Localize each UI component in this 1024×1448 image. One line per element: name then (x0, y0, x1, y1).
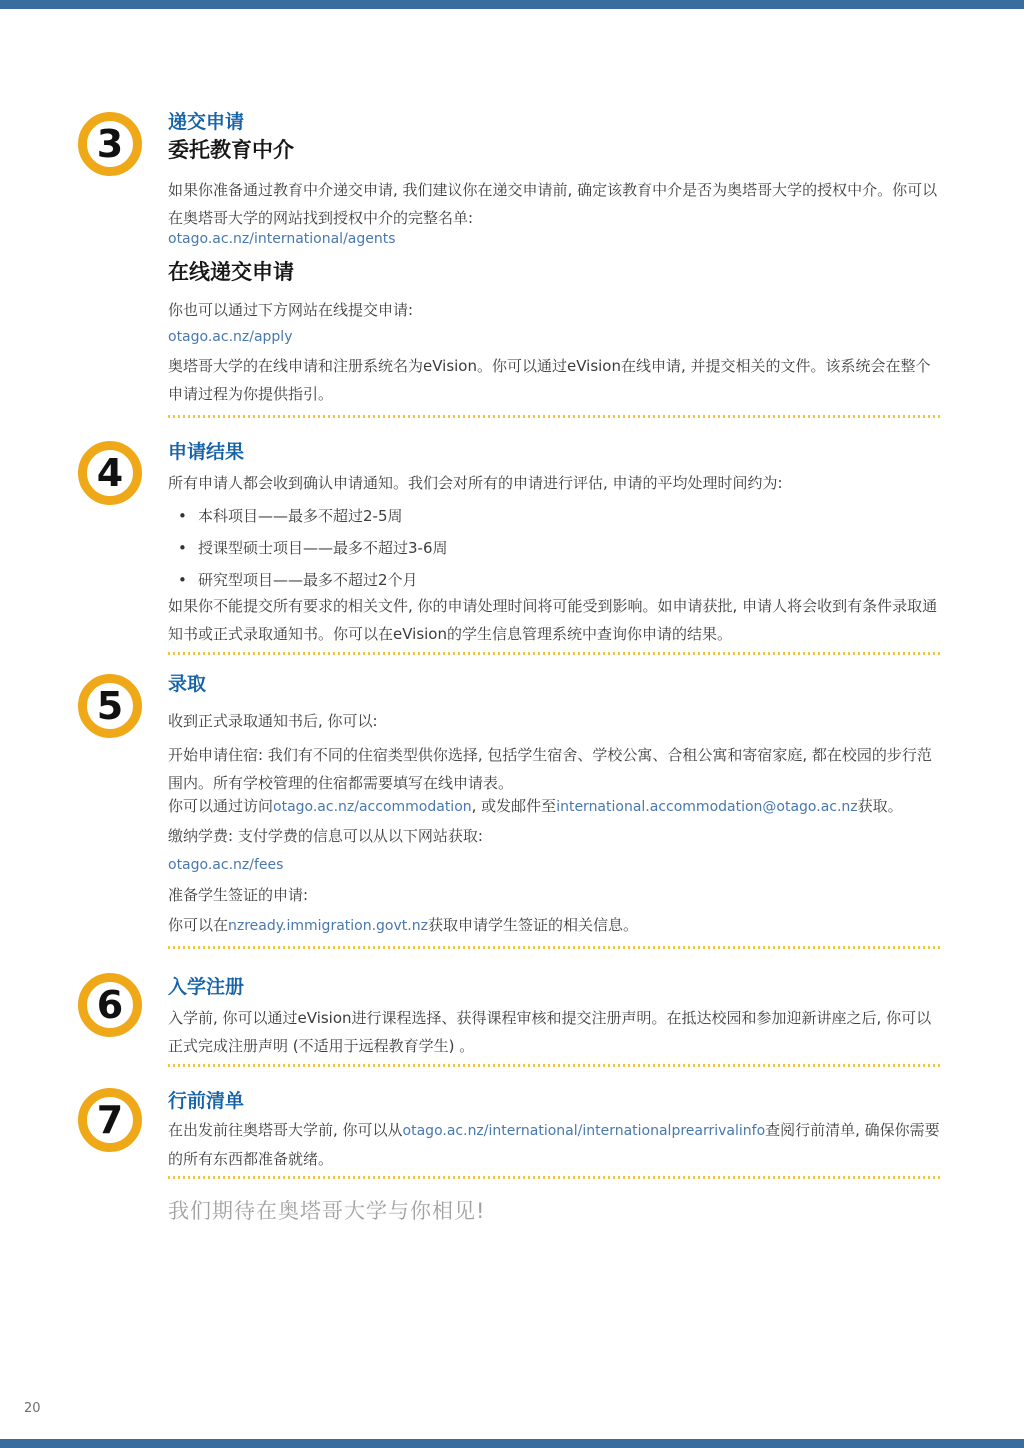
dotted-separator-1 (168, 415, 940, 418)
section-3-title: 递交申请 (168, 110, 244, 134)
section-5-visa-label: 准备学生签证的申请: (168, 881, 940, 909)
accommodation-text-pre: 你可以通过访问 (168, 797, 273, 815)
link-accommodation-email[interactable]: international.accommodation@otago.ac.nz (556, 799, 857, 815)
section-3-paragraph-evision: 奥塔哥大学的在线申请和注册系统名为eVision。你可以通过eVision在线申… (168, 352, 940, 408)
bottom-edge-bar (0, 1439, 1024, 1448)
section-5-fees-paragraph: 缴纳学费: 支付学费的信息可以从以下网站获取: (168, 822, 940, 850)
list-item-undergraduate: 本科项目——最多不超过2-5周 (198, 502, 918, 530)
section-6-title: 入学注册 (168, 975, 244, 999)
dotted-separator-2 (168, 652, 940, 655)
document-page: 3 4 5 6 7 递交申请 委托教育中介 如果你准备通过教育中介递交申请, 我… (0, 0, 1024, 1448)
step-3-number: 3 (97, 125, 123, 163)
section-3-paragraph-online: 你也可以通过下方网站在线提交申请: (168, 296, 940, 324)
section-4-intro: 所有申请人都会收到确认申请通知。我们会对所有的申请进行评估, 申请的平均处理时间… (168, 469, 940, 497)
step-5-badge: 5 (78, 674, 142, 738)
step-7-number: 7 (97, 1101, 123, 1139)
section-5-intro: 收到正式录取通知书后, 你可以: (168, 707, 940, 735)
step-6-badge: 6 (78, 973, 142, 1037)
step-4-badge: 4 (78, 441, 142, 505)
visa-text-post: 获取申请学生签证的相关信息。 (428, 916, 638, 934)
section-7-title: 行前清单 (168, 1089, 244, 1113)
step-3-badge: 3 (78, 112, 142, 176)
accommodation-text-mid: , 或发邮件至 (472, 797, 557, 815)
section-4-outcome-paragraph: 如果你不能提交所有要求的相关文件, 你的申请处理时间将可能受到影响。如申请获批,… (168, 592, 940, 648)
step-7-badge: 7 (78, 1088, 142, 1152)
step-6-number: 6 (97, 986, 123, 1024)
list-item-taught-masters: 授课型硕士项目——最多不超过3-6周 (198, 534, 918, 562)
dotted-separator-4 (168, 1064, 940, 1067)
page-content: 递交申请 委托教育中介 如果你准备通过教育中介递交申请, 我们建议你在递交申请前… (168, 0, 940, 1448)
step-5-number: 5 (97, 687, 123, 725)
link-nzready[interactable]: nzready.immigration.govt.nz (228, 918, 428, 934)
section-3-subheading-agent: 委托教育中介 (168, 136, 294, 164)
section-7-paragraph: 在出发前往奥塔哥大学前, 你可以从otago.ac.nz/internation… (168, 1116, 940, 1173)
section-3-subheading-online: 在线递交申请 (168, 258, 294, 286)
section-5-visa-paragraph: 你可以在nzready.immigration.govt.nz获取申请学生签证的… (168, 911, 940, 940)
list-item-research: 研究型项目——最多不超过2个月 (198, 566, 918, 594)
step-4-number: 4 (97, 454, 123, 492)
section-3-paragraph-agent: 如果你准备通过教育中介递交申请, 我们建议你在递交申请前, 确定该教育中介是否为… (168, 176, 940, 232)
section-5-accommodation-links-paragraph: 你可以通过访问otago.ac.nz/accommodation, 或发邮件至i… (168, 792, 940, 821)
section-6-paragraph: 入学前, 你可以通过eVision进行课程选择、获得课程审核和提交注册声明。在抵… (168, 1004, 940, 1060)
prearrival-text-pre: 在出发前往奥塔哥大学前, 你可以从 (168, 1121, 403, 1139)
section-5-accommodation-paragraph: 开始申请住宿: 我们有不同的住宿类型供你选择, 包括学生宿舍、学校公寓、合租公寓… (168, 741, 940, 797)
link-agents[interactable]: otago.ac.nz/international/agents (168, 227, 396, 251)
accommodation-text-post: 获取。 (858, 797, 903, 815)
link-fees[interactable]: otago.ac.nz/fees (168, 853, 283, 877)
dotted-separator-3 (168, 946, 940, 949)
section-5-title: 录取 (168, 672, 206, 696)
dotted-separator-5 (168, 1176, 940, 1179)
link-prearrival-info[interactable]: otago.ac.nz/international/internationalp… (403, 1123, 766, 1139)
link-accommodation[interactable]: otago.ac.nz/accommodation (273, 799, 472, 815)
section-4-title: 申请结果 (168, 440, 244, 464)
closing-message: 我们期待在奥塔哥大学与你相见! (168, 1196, 485, 1226)
visa-text-pre: 你可以在 (168, 916, 228, 934)
page-number: 20 (24, 1399, 41, 1419)
link-apply[interactable]: otago.ac.nz/apply (168, 325, 292, 349)
